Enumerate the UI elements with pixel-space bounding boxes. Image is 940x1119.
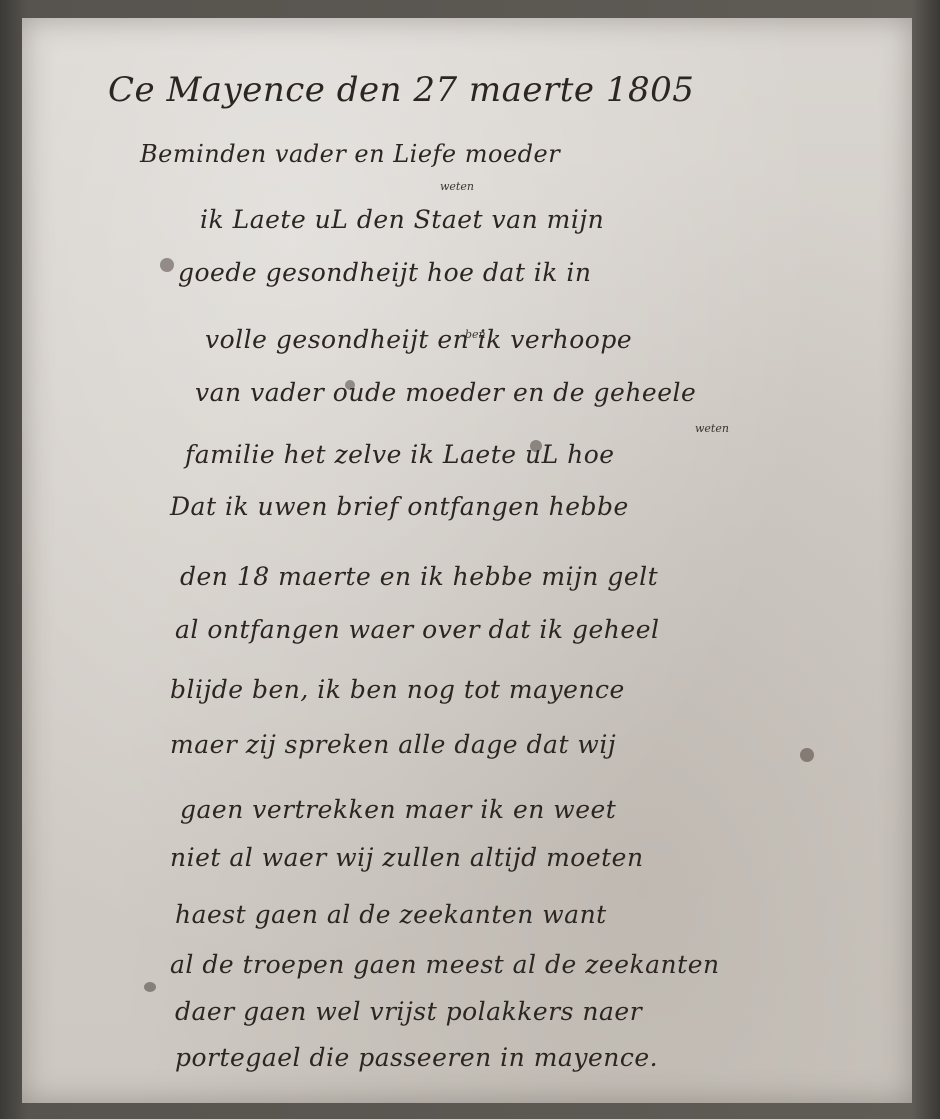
letter-line: gaen vertrekken maer ik en weet (180, 795, 616, 824)
letter-salutation: Beminden vader en Liefe moeder (140, 140, 560, 168)
letter-line: ik Laete uL den Staet van mijn (200, 205, 604, 234)
letter-line: van vader oude moeder en de geheele (195, 378, 696, 407)
letter-line: daer gaen wel vrijst polakkers naer (175, 997, 642, 1026)
letter-line: portegael die passeeren in mayence. (175, 1043, 658, 1072)
letter-line: familie het zelve ik Laete uL hoe (185, 440, 615, 469)
letter-line: al ontfangen waer over dat ik geheel (175, 615, 660, 644)
letter-line: volle gesondheijt en ik verhoope (205, 325, 632, 354)
letter-line: maer zij spreken alle dage dat wij (170, 730, 616, 759)
ink-stain (144, 982, 156, 992)
letter-line: niet al waer wij zullen altijd moeten (170, 843, 644, 872)
letter-line: goede gesondheijt hoe dat ik in (178, 258, 592, 287)
ink-stain (160, 258, 174, 272)
letter-header: Ce Mayence den 27 maerte 1805 (108, 70, 694, 110)
letter-line: al de troepen gaen meest al de zeekanten (170, 950, 720, 979)
letter-line: blijde ben, ik ben nog tot mayence (170, 675, 625, 704)
interlinear-note: weten (695, 422, 729, 435)
ink-stain (800, 748, 814, 762)
interlinear-note: weten (440, 180, 474, 193)
letter-line: Dat ik uwen brief ontfangen hebbe (170, 492, 629, 521)
letter-line: haest gaen al de zeekanten want (175, 900, 607, 929)
letter-line: den 18 maerte en ik hebbe mijn gelt (180, 562, 658, 591)
